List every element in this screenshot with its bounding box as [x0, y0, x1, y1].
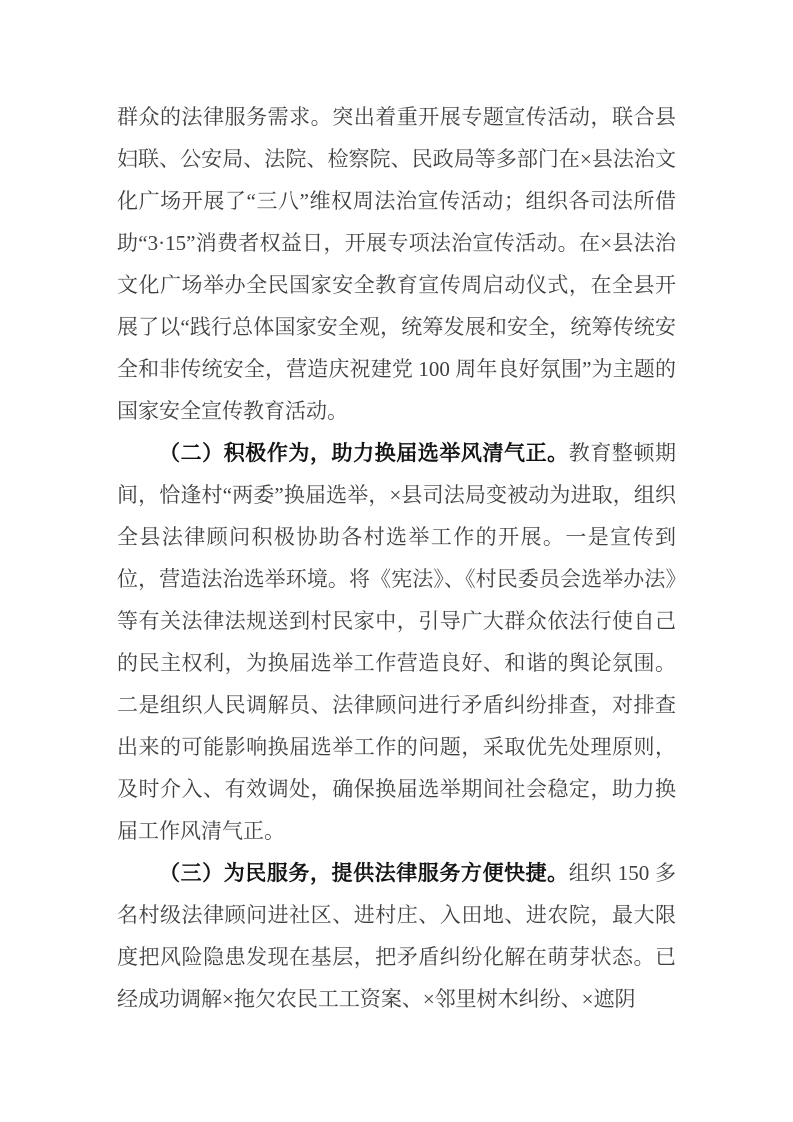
paragraph-heading: （三）为民服务，提供法律服务方便快捷。 — [159, 861, 569, 885]
document-page: 群众的法律服务需求。突出着重开展专题宣传活动，联合县妇联、公安局、法院、检察院、… — [0, 0, 793, 1122]
paragraph-text: 群众的法律服务需求。突出着重开展专题宣传活动，联合县妇联、公安局、法院、检察院、… — [117, 105, 676, 423]
document-body: 群众的法律服务需求。突出着重开展专题宣传活动，联合县妇联、公安局、法院、检察院、… — [117, 96, 676, 1020]
paragraph-heading: （二）积极作为，助力换届选举风清气正。 — [159, 441, 569, 465]
paragraph-section-three: （三）为民服务，提供法律服务方便快捷。组织 150 多名村级法律顾问进社区、进村… — [117, 852, 676, 1020]
paragraph-text: 教育整顿期间，恰逢村“两委”换届选举，×县司法局变被动为进取，组织全县法律顾问积… — [117, 441, 676, 843]
paragraph-section-two: （二）积极作为，助力换届选举风清气正。教育整顿期间，恰逢村“两委”换届选举，×县… — [117, 432, 676, 852]
paragraph-continuation: 群众的法律服务需求。突出着重开展专题宣传活动，联合县妇联、公安局、法院、检察院、… — [117, 96, 676, 432]
